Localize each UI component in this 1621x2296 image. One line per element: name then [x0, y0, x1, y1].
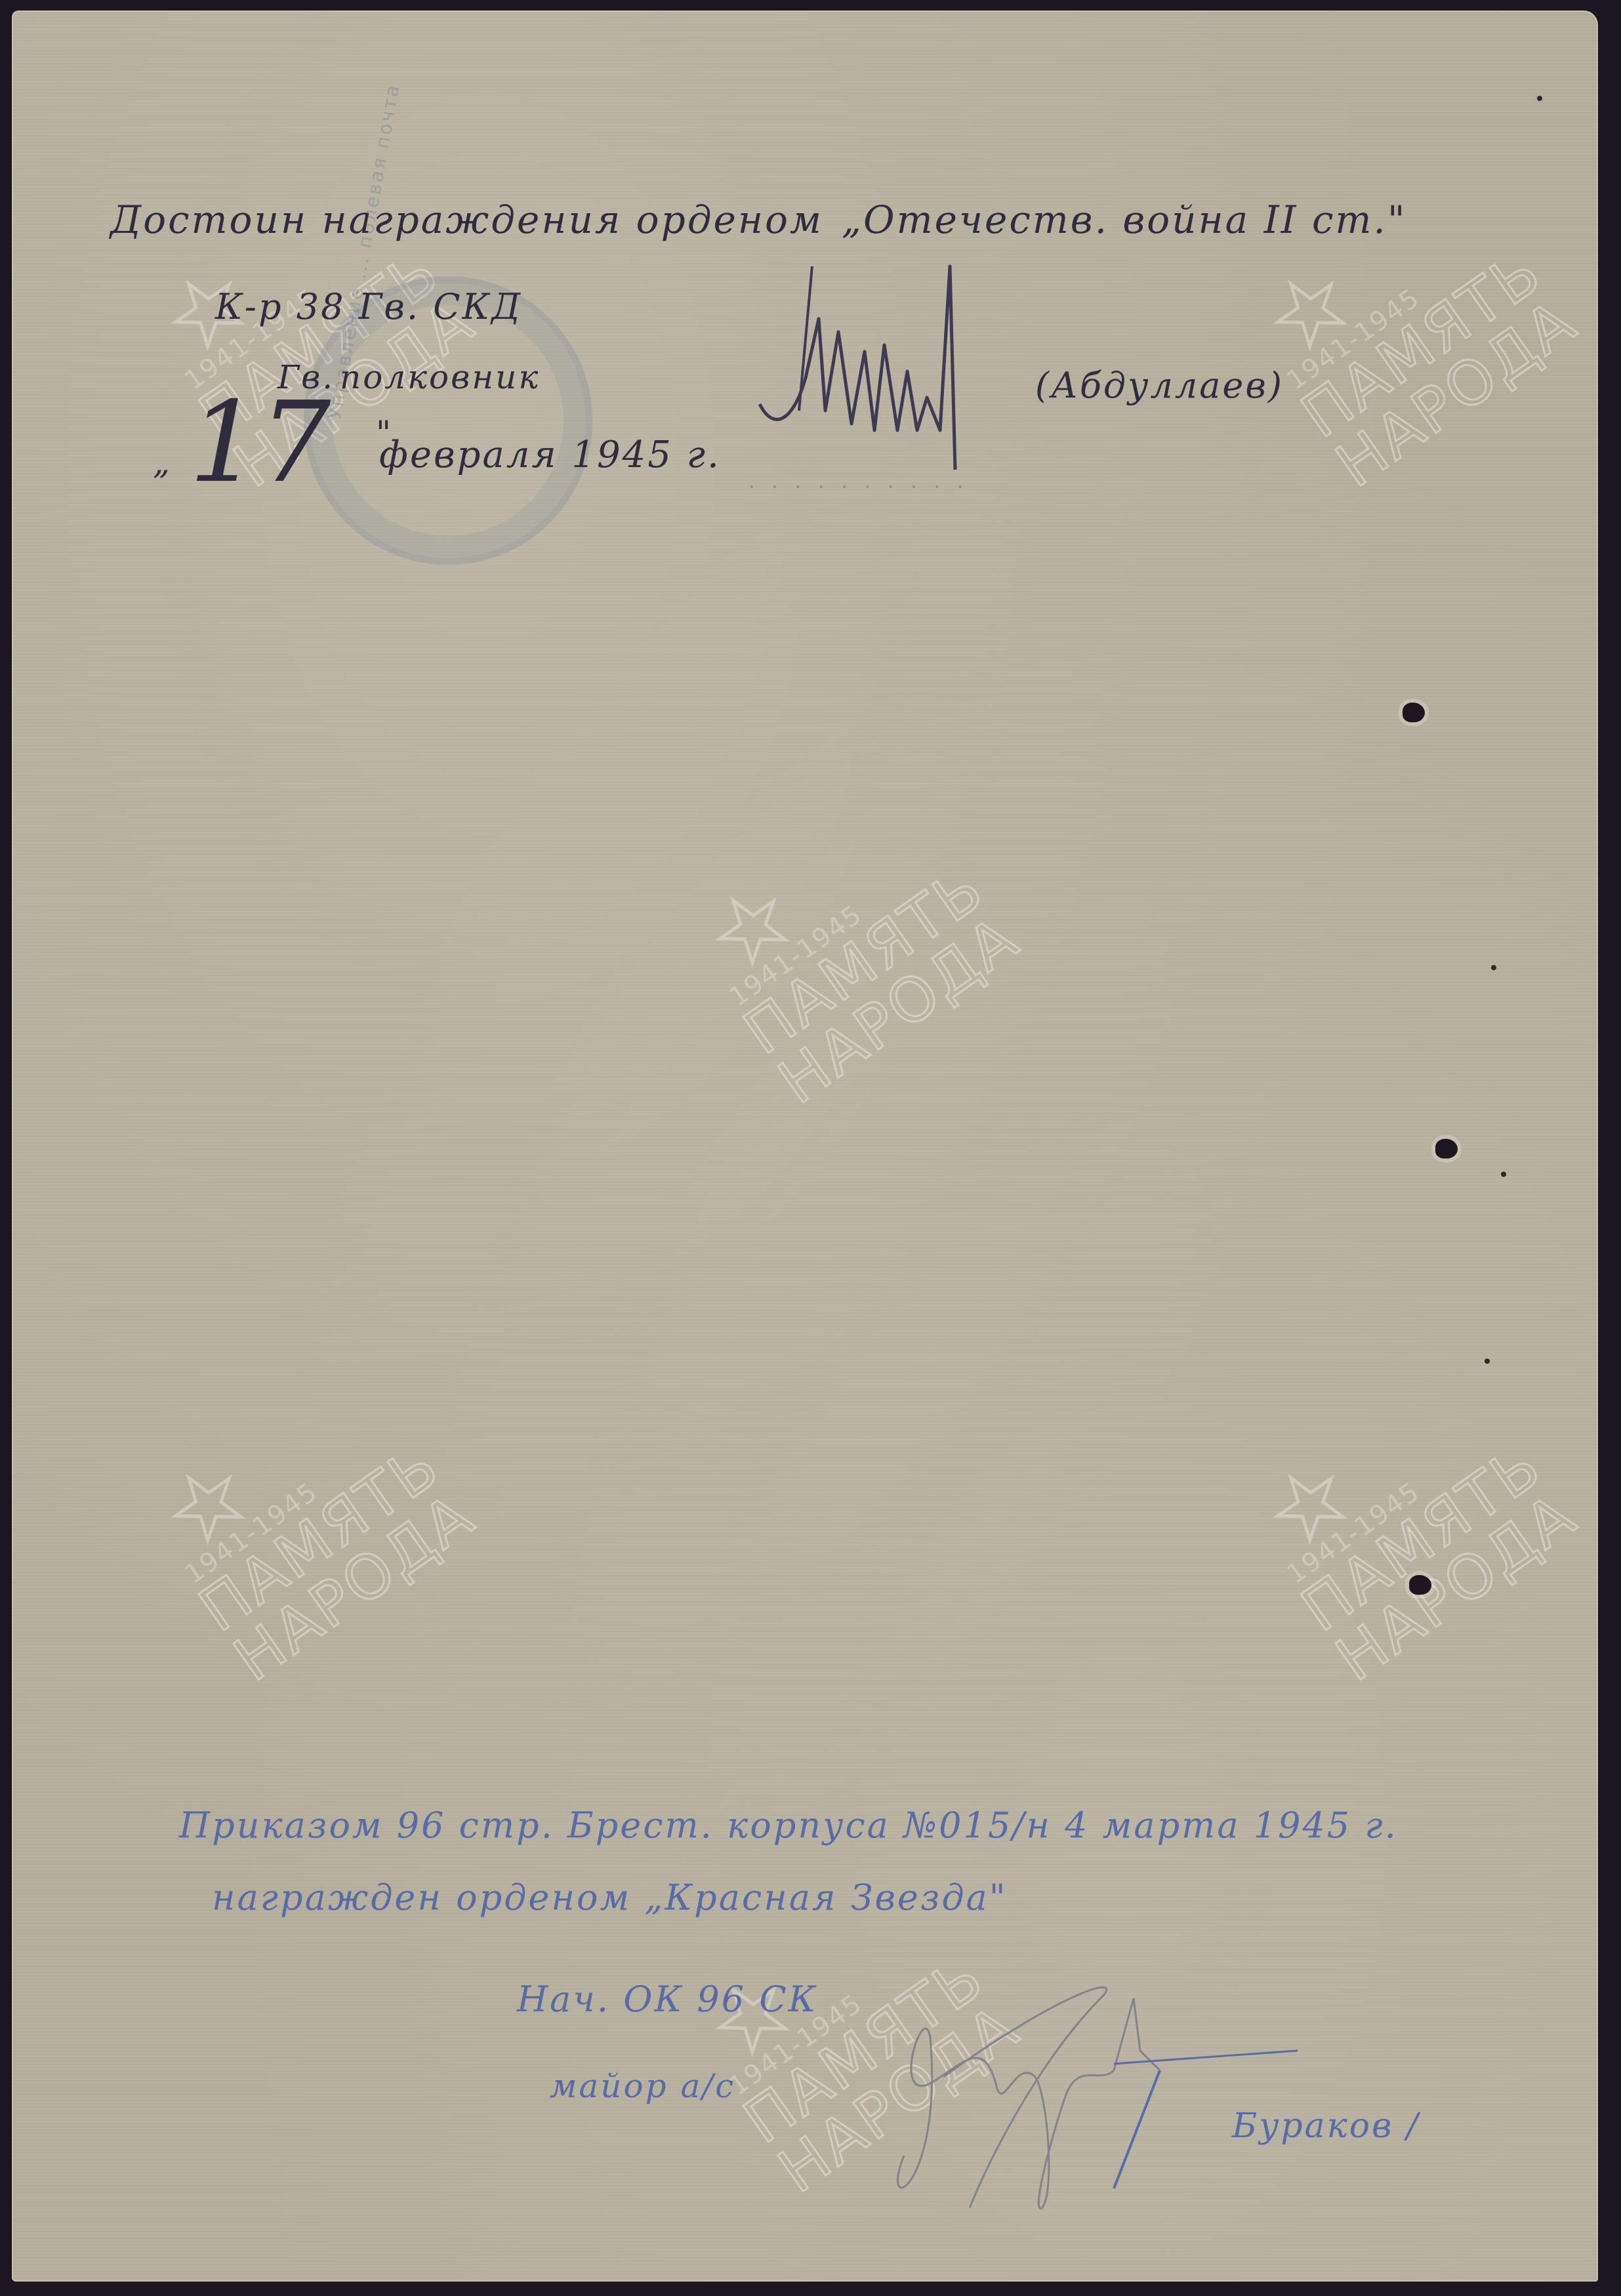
order-name: „Отечеств. война II ст." — [842, 197, 1407, 242]
signature-name: (Абдуллаев) — [1035, 365, 1284, 406]
personnel-head-rank: майор а/с — [550, 2067, 735, 2105]
signature-abdullaev — [747, 260, 1022, 496]
date-month-year: февраля 1945 г. — [379, 434, 721, 476]
star-icon: ★ — [1254, 1349, 1506, 1561]
speck — [1485, 1359, 1490, 1364]
date-day: 17 — [189, 378, 331, 508]
watermark-center: ★ 1941-1945 ПАМЯТЬ НАРОДА — [674, 771, 1029, 1114]
star-icon: ★ — [696, 771, 949, 984]
award-order-text: Приказом 96 стр. Брест. корпуса №015/н 4… — [179, 1805, 1398, 1846]
punch-hole — [1435, 1139, 1458, 1158]
punch-hole — [1409, 1575, 1431, 1595]
date-open-quote: „ — [153, 443, 172, 482]
award-result-text: награжден орденом „Красная Звезда" — [212, 1877, 1008, 1918]
commander-unit: К-р 38 Гв. СКД — [215, 286, 522, 327]
signature-burakov — [852, 1972, 1442, 2221]
watermark-bottom-left: ★ 1941-1945 ПАМЯТЬ НАРОДА — [130, 1349, 484, 1691]
recommendation-text: Достоин награждения орденом — [110, 197, 823, 242]
document-page: ★ 1941-1945 ПАМЯТЬ НАРОДА ★ 1941-1945 ПА… — [12, 10, 1598, 2282]
rank: полковник — [340, 358, 540, 396]
star-icon: ★ — [1254, 155, 1506, 367]
star-icon: ★ — [152, 1349, 404, 1561]
punch-hole — [1403, 703, 1425, 722]
watermark-bottom-right: ★ 1941-1945 ПАМЯТЬ НАРОДА — [1232, 1349, 1586, 1691]
speck — [1537, 96, 1542, 101]
signature-name-burakov: Бураков / — [1232, 2106, 1420, 2146]
personnel-head-title: Нач. ОК 96 СК — [517, 1978, 817, 2020]
speck — [1491, 965, 1496, 970]
speck — [1501, 1172, 1506, 1177]
